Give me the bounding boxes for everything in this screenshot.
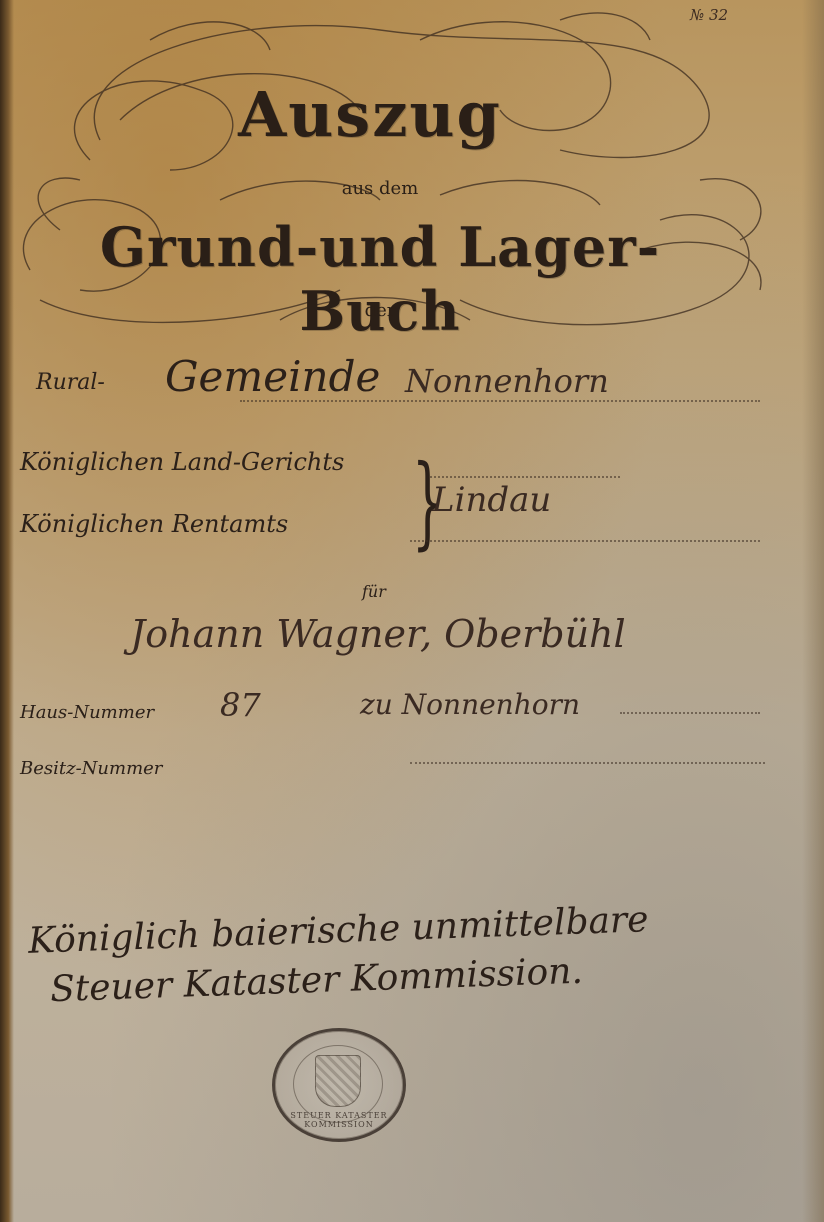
title-subtitle-aus-dem: aus dem — [300, 178, 460, 199]
landgericht-label: Königlichen Land-Gerichts — [20, 448, 344, 476]
official-seal-stamp: STEUER KATASTER KOMMISSION — [272, 1028, 406, 1142]
gemeinde-name: Nonnenhorn — [405, 362, 609, 400]
house-dotted-line — [620, 712, 760, 714]
owner-name: Johann Wagner, Oberbühl — [130, 612, 626, 656]
bavarian-crest-icon — [315, 1055, 361, 1107]
book-name: Grund-und Lager-Buch — [60, 215, 700, 343]
district-name: Lindau — [432, 480, 551, 520]
house-number-value: 87 — [220, 686, 261, 724]
fuer-label: für — [362, 582, 386, 601]
besitz-number-label: Besitz-Nummer — [20, 758, 162, 779]
besitz-dotted-line — [410, 762, 765, 764]
house-location: zu Nonnenhorn — [360, 688, 580, 721]
landgericht-dotted-line — [430, 476, 620, 478]
gemeinde-dotted-line — [240, 400, 760, 402]
authority-line-2: Steuer Kataster Kommission. — [49, 951, 583, 1011]
document-title: Auszug — [200, 78, 540, 151]
house-number-label: Haus-Nummer — [20, 702, 154, 723]
title-subtitle-der: der — [330, 300, 430, 321]
rentamt-label: Königlichen Rentamts — [20, 510, 288, 538]
gemeinde-prefix-label: Rural- — [36, 370, 105, 395]
gemeinde-type-label: Gemeinde — [165, 352, 380, 401]
seal-inscription: STEUER KATASTER KOMMISSION — [275, 1111, 403, 1129]
rentamt-dotted-line — [410, 540, 760, 542]
